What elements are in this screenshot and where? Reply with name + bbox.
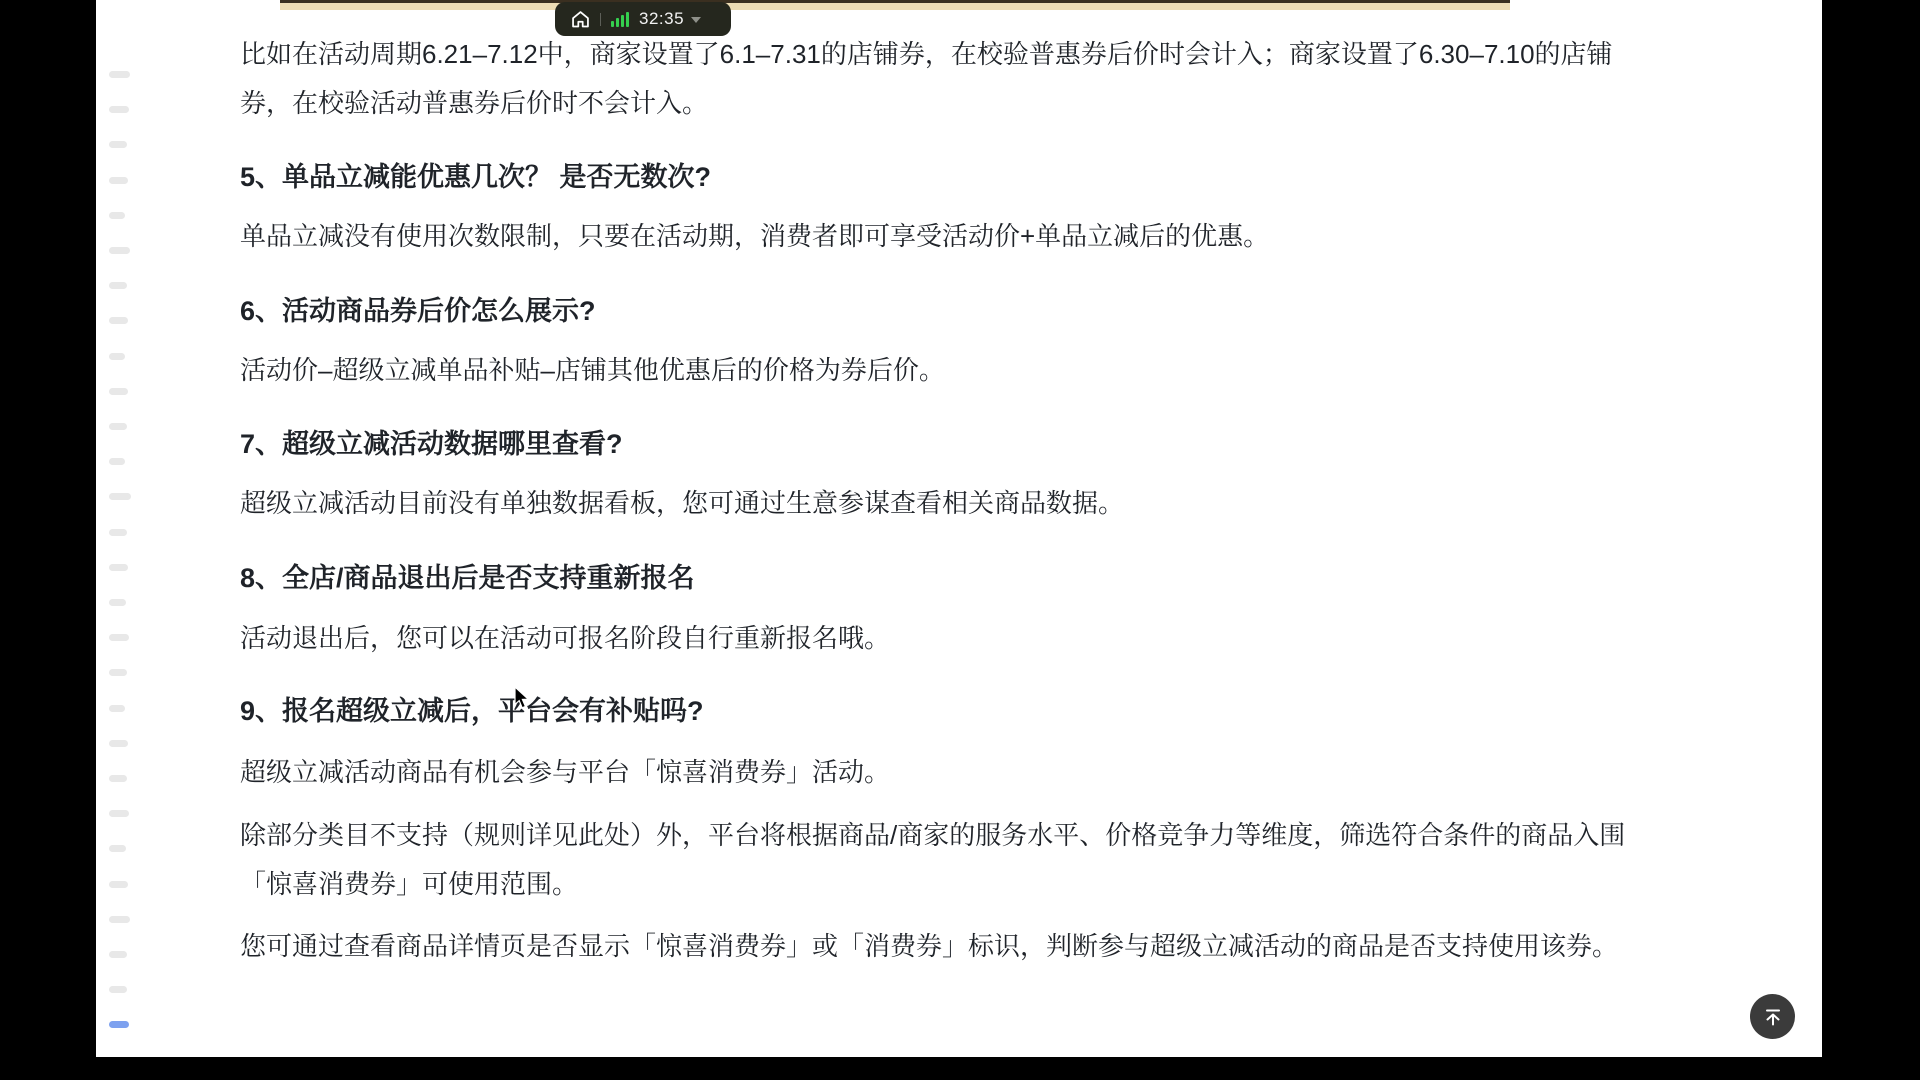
outline-bar[interactable]	[109, 317, 128, 324]
paragraph: 除部分类目不支持（规则详见此处）外，平台将根据商品/商家的服务水平、价格竞争力等…	[240, 811, 1672, 909]
document-outline-strip[interactable]	[109, 0, 149, 1080]
faq-heading-7: 7、超级立减活动数据哪里查看?	[240, 420, 1672, 469]
back-to-top-button[interactable]	[1750, 994, 1795, 1039]
outline-bar[interactable]	[109, 599, 126, 606]
paragraph: 超级立减活动商品有机会参与平台「惊喜消费券」活动。	[240, 748, 1672, 797]
outline-bar[interactable]	[109, 177, 128, 184]
outline-bar[interactable]	[109, 634, 129, 641]
outline-bar[interactable]	[109, 845, 126, 852]
left-black-bar	[0, 0, 96, 1080]
outline-bar[interactable]	[109, 705, 125, 712]
paragraph: 比如在活动周期6.21–7.12中，商家设置了6.1–7.31的店铺券，在校验普…	[240, 30, 1672, 128]
faq-heading-8: 8、全店/商品退出后是否支持重新报名	[240, 554, 1672, 603]
outline-bar[interactable]	[109, 353, 125, 360]
outline-bar[interactable]	[109, 388, 128, 395]
faq-heading-9: 9、报名超级立减后，平台会有补贴吗?	[240, 687, 1672, 736]
outline-bar[interactable]	[109, 423, 127, 430]
paragraph: 活动退出后，您可以在活动可报名阶段自行重新报名哦。	[240, 614, 1672, 663]
outline-bar[interactable]	[109, 669, 127, 676]
right-black-bar	[1822, 0, 1920, 1080]
outline-bar[interactable]	[109, 106, 129, 113]
outline-bar[interactable]	[109, 916, 130, 923]
outline-bar-active[interactable]	[109, 1021, 129, 1028]
outline-bar[interactable]	[109, 951, 127, 958]
timer-label: 32:35	[639, 9, 684, 29]
outline-bar[interactable]	[109, 71, 130, 78]
paragraph: 活动价–超级立减单品补贴–店铺其他优惠后的价格为券后价。	[240, 346, 1672, 395]
mouse-cursor	[514, 686, 531, 710]
home-icon[interactable]	[570, 9, 591, 30]
faq-heading-6: 6、活动商品券后价怎么展示?	[240, 287, 1672, 336]
outline-bar[interactable]	[109, 564, 128, 571]
arrow-up-to-line-icon	[1762, 1006, 1784, 1028]
faq-heading-5: 5、单品立减能优惠几次？ 是否无数次?	[240, 153, 1672, 202]
bottom-black-bar	[0, 1057, 1920, 1080]
highlighted-block-remnant	[280, 0, 1510, 10]
paragraph: 您可通过查看商品详情页是否显示「惊喜消费券」或「消费券」标识，判断参与超级立减活…	[240, 922, 1672, 971]
outline-bar[interactable]	[109, 775, 127, 782]
outline-bar[interactable]	[109, 810, 129, 817]
outline-bar[interactable]	[109, 740, 128, 747]
document-viewer: 32:35 比如在活动周期6.21–7.12中，商家设置了6.1–7.31的店铺…	[0, 0, 1920, 1080]
paragraph: 超级立减活动目前没有单独数据看板，您可通过生意参谋查看相关商品数据。	[240, 479, 1672, 528]
outline-bar[interactable]	[109, 529, 127, 536]
signal-bars-icon	[611, 11, 629, 27]
pill-divider	[600, 13, 601, 26]
outline-bar[interactable]	[109, 141, 127, 148]
outline-bar[interactable]	[109, 493, 131, 500]
outline-bar[interactable]	[109, 881, 128, 888]
outline-bar[interactable]	[109, 282, 127, 289]
outline-bar[interactable]	[109, 212, 125, 219]
chevron-down-icon[interactable]	[691, 17, 701, 23]
paragraph: 单品立减没有使用次数限制，只要在活动期，消费者即可享受活动价+单品立减后的优惠。	[240, 212, 1672, 261]
outline-bar[interactable]	[109, 247, 130, 254]
outline-bar[interactable]	[109, 458, 125, 465]
outline-bar[interactable]	[109, 986, 127, 993]
